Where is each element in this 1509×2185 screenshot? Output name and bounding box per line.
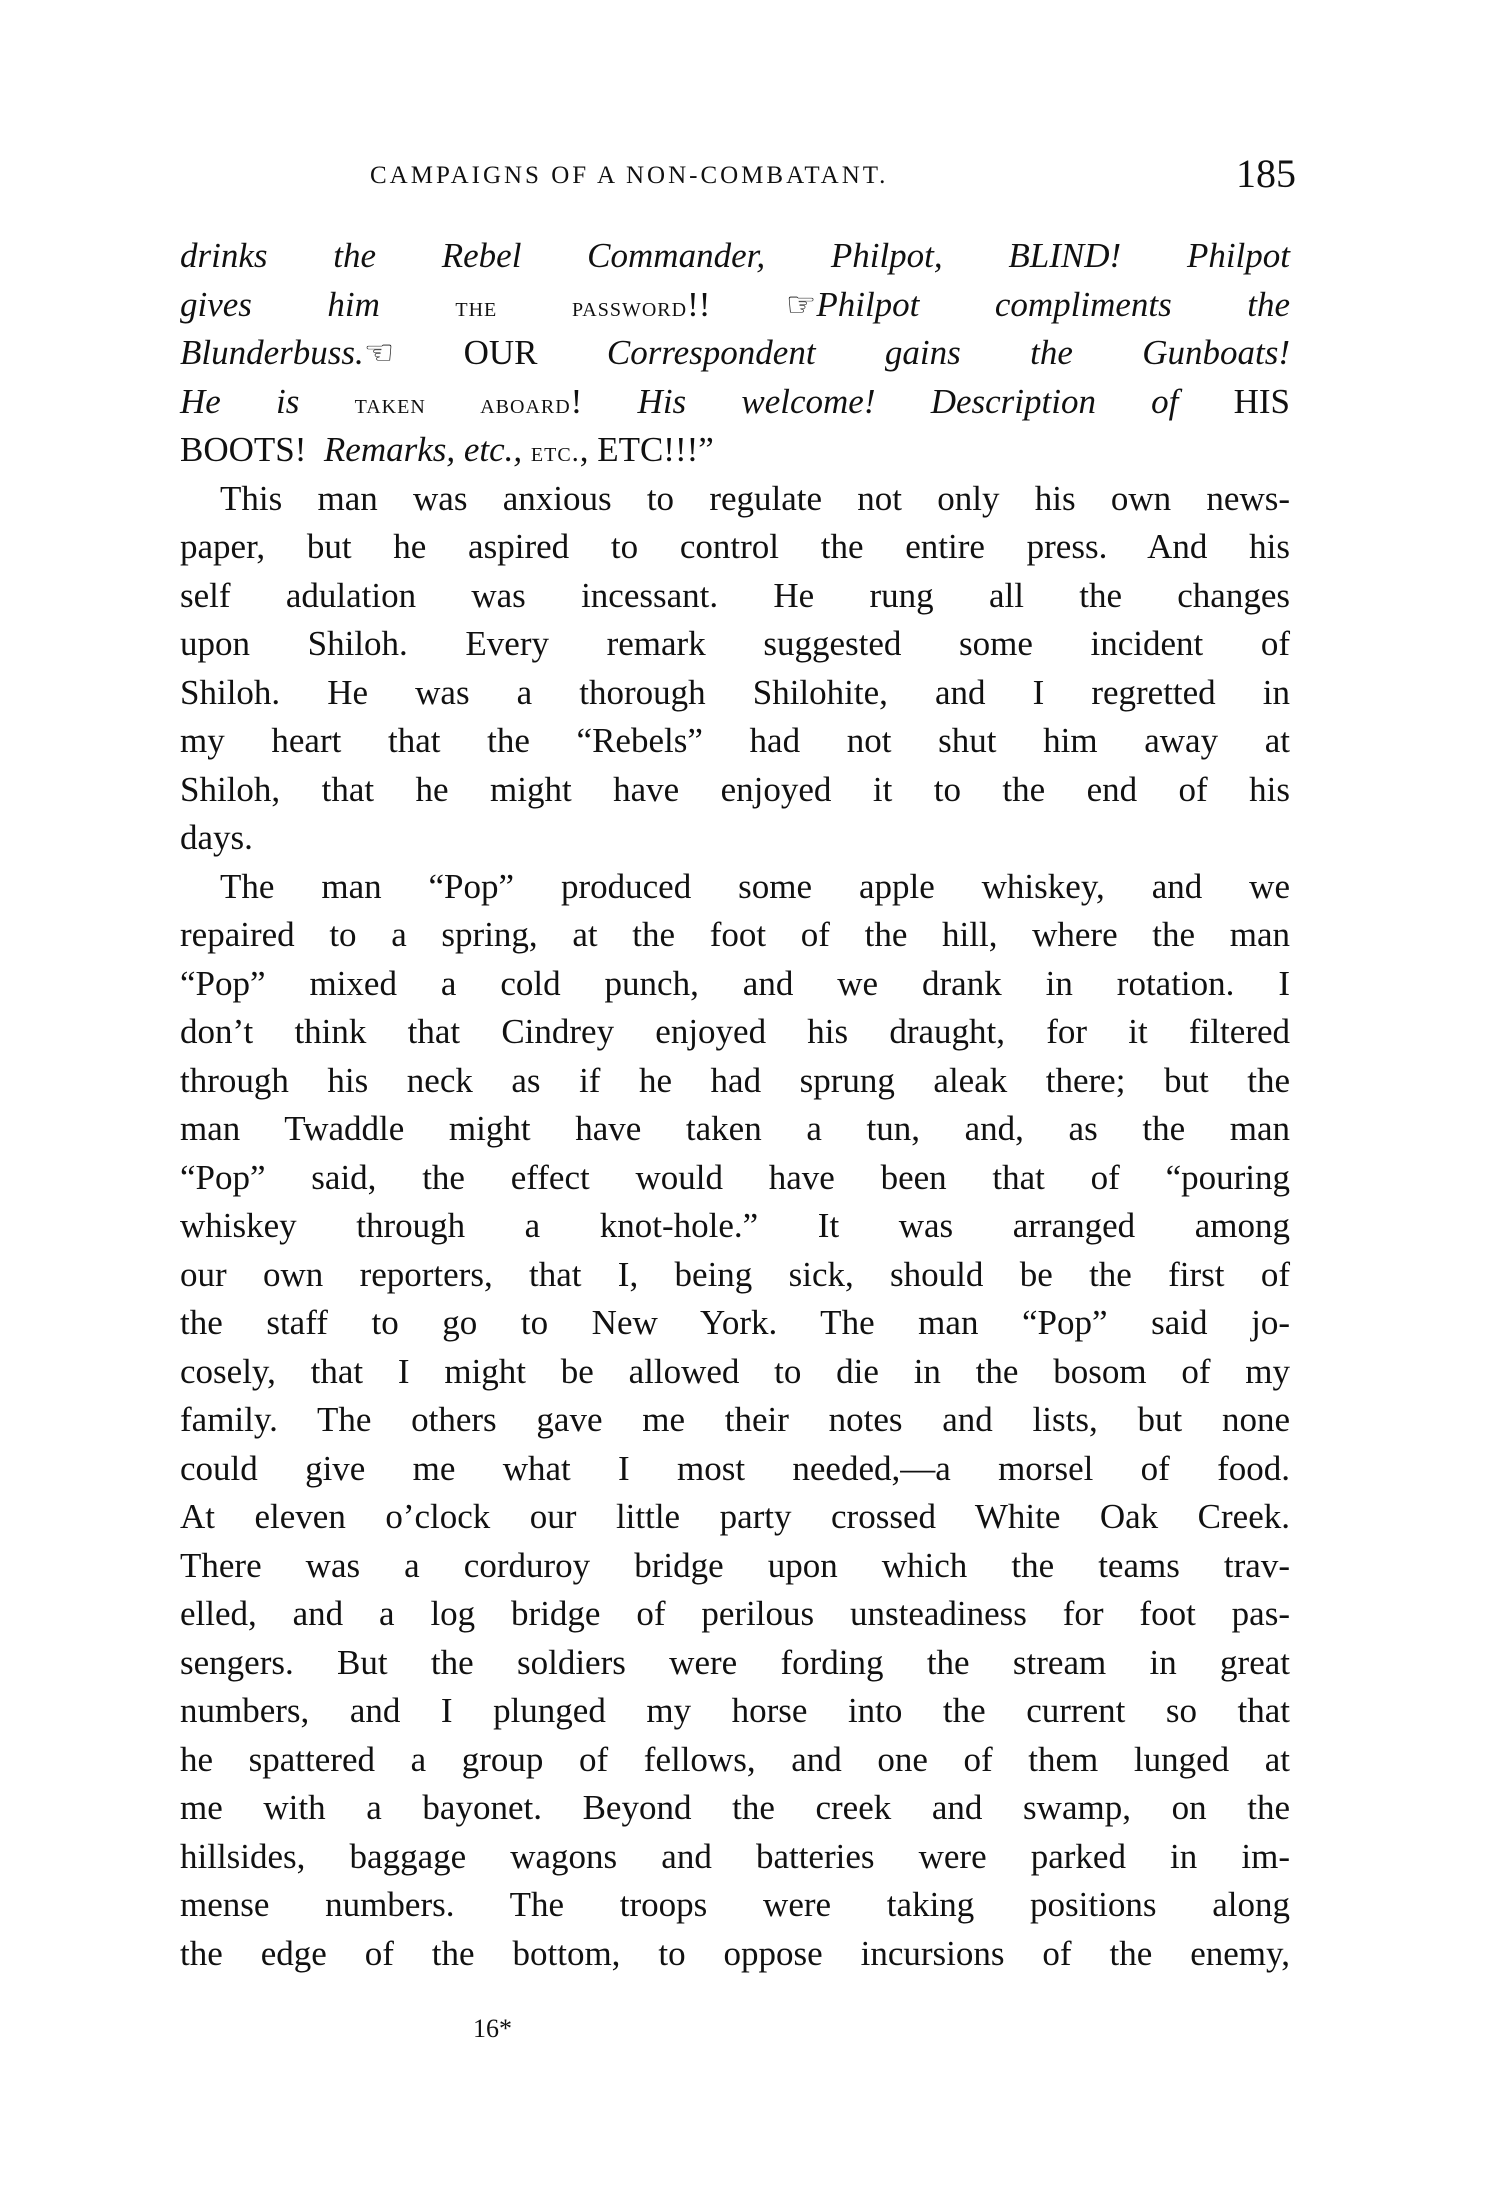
text-line: Shiloh, that he might have enjoyed it to…	[180, 766, 1290, 815]
headline-text: !!	[687, 285, 710, 324]
headline-text: HIS	[1234, 382, 1290, 421]
paragraph: This man was anxious to regulate not onl…	[180, 475, 1290, 863]
text-line: Shiloh. He was a thorough Shilohite, and…	[180, 669, 1290, 718]
headline-text: drinks the Rebel Commander, Philpot, BLI…	[180, 236, 1121, 275]
text-line: cosely, that I might be allowed to die i…	[180, 1348, 1290, 1397]
signature-mark: 16*	[473, 2014, 512, 2044]
text-line: could give me what I most needed,—a mors…	[180, 1445, 1290, 1494]
text-line: upon Shiloh. Every remark suggested some…	[180, 620, 1290, 669]
text-line: self adulation was incessant. He rung al…	[180, 572, 1290, 621]
headline-text: Philpot compliments the	[816, 285, 1290, 324]
text-line: paper, but he aspired to control the ent…	[180, 523, 1290, 572]
text-line: man Twaddle might have taken a tun, and,…	[180, 1105, 1290, 1154]
headline-text: BOOTS!	[180, 430, 306, 469]
text-line: numbers, and I plunged my horse into the…	[180, 1687, 1290, 1736]
text-line: days.	[180, 814, 1290, 863]
text-line: through his neck as if he had sprung ale…	[180, 1057, 1290, 1106]
headline-text: gives him	[180, 285, 380, 324]
text-line: our own reporters, that I, being sick, s…	[180, 1251, 1290, 1300]
headline-text: Remarks, etc.,	[324, 430, 522, 469]
headline-line-5: BOOTS! Remarks, etc., etc., ETC!!!”	[180, 426, 1290, 475]
text-line: my heart that the “Rebels” had not shut …	[180, 717, 1290, 766]
body-text: drinks the Rebel Commander, Philpot, BLI…	[180, 232, 1290, 1978]
headline-text: He is	[180, 382, 299, 421]
text-line: he spattered a group of fellows, and one…	[180, 1736, 1290, 1785]
headline-text: , ETC!!!”	[580, 430, 714, 469]
headline-smallcaps: the password	[455, 292, 687, 323]
headline-text: Correspondent gains the Gunboats!	[607, 333, 1290, 372]
headline-smallcaps: taken aboard	[355, 389, 571, 420]
text-line: whiskey through a knot-hole.” It was arr…	[180, 1202, 1290, 1251]
headline-line-3: Blunderbuss.☜ OUR Correspondent gains th…	[180, 329, 1290, 378]
running-title: CAMPAIGNS OF A NON-COMBATANT.	[370, 162, 888, 190]
pointing-hand-right-icon: ☞	[786, 282, 816, 331]
text-line: At eleven o’clock our little party cross…	[180, 1493, 1290, 1542]
text-line: hillsides, baggage wagons and batteries …	[180, 1833, 1290, 1882]
text-line: elled, and a log bridge of perilous unst…	[180, 1590, 1290, 1639]
headline-text: Philpot	[1187, 236, 1290, 275]
text-line: the edge of the bottom, to oppose incurs…	[180, 1930, 1290, 1979]
headline-line-1: drinks the Rebel Commander, Philpot, BLI…	[180, 232, 1290, 281]
page-number: 185	[1236, 150, 1296, 197]
book-page: CAMPAIGNS OF A NON-COMBATANT. 185 drinks…	[0, 0, 1509, 2185]
text-line: the staff to go to New York. The man “Po…	[180, 1299, 1290, 1348]
headline-text: !	[571, 382, 583, 421]
paragraph: The man “Pop” produced some apple whiske…	[180, 863, 1290, 1979]
running-head: CAMPAIGNS OF A NON-COMBATANT. 185	[180, 150, 1290, 200]
headline-line-2: gives him the password!! ☞Philpot compli…	[180, 281, 1290, 330]
text-line: me with a bayonet. Beyond the creek and …	[180, 1784, 1290, 1833]
headline-text: Blunderbuss.	[180, 333, 364, 372]
headline-text: His welcome!	[638, 382, 876, 421]
text-line: There was a corduroy bridge upon which t…	[180, 1542, 1290, 1591]
text-line: The man “Pop” produced some apple whiske…	[180, 863, 1290, 912]
text-line: “Pop” said, the effect would have been t…	[180, 1154, 1290, 1203]
headline-smallcaps: etc.	[531, 437, 580, 468]
text-line: repaired to a spring, at the foot of the…	[180, 911, 1290, 960]
headline-text: OUR	[464, 333, 538, 372]
text-line: mense numbers. The troops were taking po…	[180, 1881, 1290, 1930]
text-line: “Pop” mixed a cold punch, and we drank i…	[180, 960, 1290, 1009]
text-line: This man was anxious to regulate not onl…	[180, 475, 1290, 524]
pointing-hand-left-icon: ☜	[364, 330, 394, 379]
text-line: don’t think that Cindrey enjoyed his dra…	[180, 1008, 1290, 1057]
text-line: sengers. But the soldiers were fording t…	[180, 1639, 1290, 1688]
text-line: family. The others gave me their notes a…	[180, 1396, 1290, 1445]
headline-text: Description of	[931, 382, 1179, 421]
headline-line-4: He is taken aboard! His welcome! Descrip…	[180, 378, 1290, 427]
